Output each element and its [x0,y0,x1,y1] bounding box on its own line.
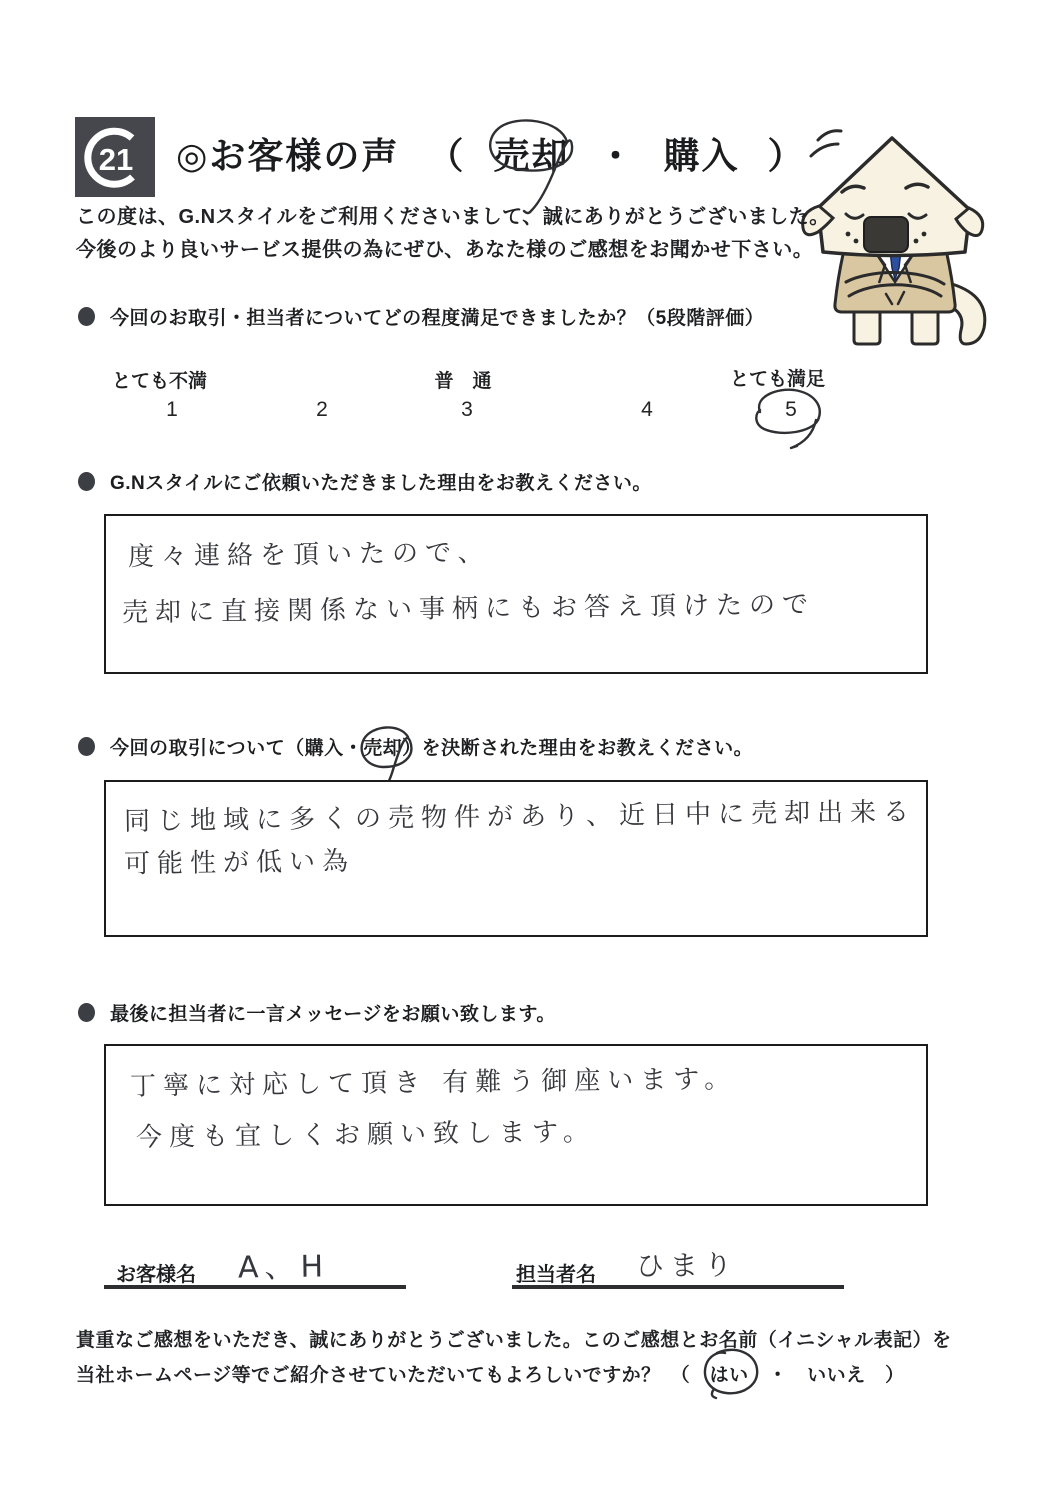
customer-name-handwritten: A、H [238,1241,330,1286]
agent-name-label: 担当者名 [516,1258,596,1287]
bullet-icon [78,737,95,756]
scale-value-2: 2 [316,398,328,422]
intro-text: この度は、G.Nスタイルをご利用くださいまして、誠にありがとうございました。 今… [76,201,830,267]
question-satisfaction-text: 今回のお取引・担当者についてどの程度満足できましたか？（5段階評価） [110,303,764,330]
question-reason-choose-text: G.Nスタイルにご依頼いただきました理由をお教えください。 [110,468,652,495]
handwritten-answer-line: 度々連絡を頂いたので、 [128,532,491,573]
question-reason-choose: G.Nスタイルにご依頼いただきました理由をお教えください。 [78,468,652,495]
customer-survey-scan: 21 ◎お客様の声 （ 売却 ・ 購入 ） [0,0,1061,1500]
footer-yes-label: はい [710,1365,749,1386]
footer-no-label: いいえ [807,1365,866,1386]
century21-logo-icon: 21 [75,117,155,197]
scale-label-very-dissatisfied: とても不満 [112,366,207,393]
q3-sell-label: 売却 [363,738,402,759]
scale-value-4: 4 [641,398,653,422]
title-sell-option: 売却 [493,128,569,179]
footer-line1: 貴重なご感想をいただき、誠にありがとうございました。このご感想とお名前（イニシャ… [76,1324,952,1357]
scale-value-1: 1 [166,398,178,422]
footer-consent-question: 当社ホームページ等でご紹介させていただいてもよろしいですか？ （ [76,1365,710,1386]
title-separator: ・ [597,128,635,179]
question-message-text: 最後に担当者に一言メッセージをお願い致します。 [110,999,556,1026]
agent-name-line [512,1285,844,1289]
question-satisfaction: 今回のお取引・担当者についてどの程度満足できましたか？（5段階評価） [78,303,764,330]
question-reason-decision: 今回の取引について（購入・売却）を決断された理由をお教えください。 [78,733,753,760]
q3-text-before: 今回の取引について（購入・ [110,738,363,759]
page-title: ◎お客様の声 （ 売却 ・ 購入 ） [176,128,806,179]
bullet-icon [78,472,95,491]
century21-logo: 21 [75,117,155,197]
customer-name-label: お客様名 [116,1258,196,1287]
intro-line2: 今後のより良いサービス提供の為にぜひ、あなた様のご感想をお聞かせ下さい。 [76,234,830,267]
bullet-icon [78,1003,95,1022]
bullet-icon [78,307,95,326]
scale-value-3: 3 [461,398,473,422]
scale-label-neutral: 普 通 [434,366,491,393]
question-message: 最後に担当者に一言メッセージをお願い致します。 [78,999,556,1026]
q3-text-after: ）を決断された理由をお教えください。 [402,738,753,759]
title-sell-label: 売却 [493,135,569,176]
title-buy-label: 購入 [663,128,739,179]
footer-paren-close: ） [866,1365,905,1386]
handwritten-answer-line: 今度も宜しくお願い致します。 [136,1111,596,1154]
agent-name-handwritten: ひまり [636,1243,738,1284]
scale-label-very-satisfied: とても満足 [730,364,825,391]
logo-number: 21 [99,142,133,177]
intro-line1: この度は、G.Nスタイルをご利用くださいまして、誠にありがとうございました。 [76,201,830,234]
scale-value-5: 5 [785,398,797,422]
footer-separator: ・ [749,1365,808,1386]
question-reason-decision-text: 今回の取引について（購入・売却）を決断された理由をお教えください。 [110,733,753,760]
footer-line2: 当社ホームページ等でご紹介させていただいてもよろしいですか？ （ はい ・ いい… [76,1359,905,1392]
handwritten-answer-line: 丁寧に対応して頂き 有難う御座います。 [130,1058,738,1102]
title-paren-open: （ [427,128,465,179]
handwritten-answer-line: 可能性が低い為 [124,841,355,881]
q3-sell-option: 売却 [363,733,402,760]
title-prefix: ◎お客様の声 [176,128,399,179]
footer-yes-option: はい [710,1359,749,1392]
